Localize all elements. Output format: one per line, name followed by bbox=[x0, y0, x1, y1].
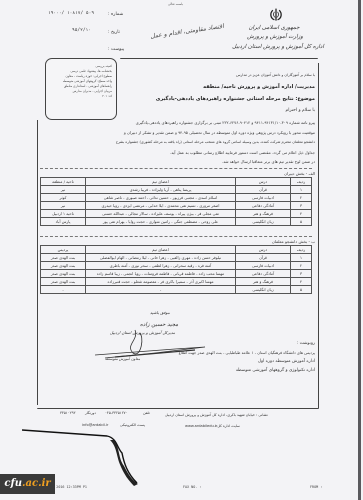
number-label: شماره : bbox=[108, 12, 123, 17]
table-b-title: ب - بخش دانشجو معلمان bbox=[272, 239, 315, 244]
cell: اسلام اسدی - مجتبی فرزپور - حسین ندائی -… bbox=[86, 194, 236, 202]
cell: قرآن bbox=[236, 254, 291, 262]
cell: بنت الهدی صدر bbox=[41, 278, 86, 286]
cell: نیر bbox=[41, 186, 86, 194]
email-label: پست الکترونیکی bbox=[120, 423, 145, 427]
cell: ۳ bbox=[291, 202, 312, 210]
table-row: ۴ فرهنگ و هنر مهسا اکبری آذر - سمیرا باک… bbox=[41, 278, 312, 286]
divider bbox=[40, 168, 312, 169]
date-label: تاریخ : bbox=[108, 30, 120, 35]
frame-border-left bbox=[37, 120, 38, 405]
cell: ۵ bbox=[291, 218, 312, 226]
cell: نیلوفر حسن زاده - مهری زالقیی - زهرا خان… bbox=[86, 254, 236, 262]
cell: ادبیات فارسی bbox=[236, 194, 291, 202]
cell: ۱ bbox=[291, 186, 312, 194]
cc-item: اداره آموزش متوسطه دوره اول bbox=[258, 359, 315, 364]
letter-recipient: مدیریت/ اداره آموزش و پرورش ناحیه/ منطقه bbox=[203, 84, 315, 90]
cell: ۴ bbox=[291, 210, 312, 218]
cc-item: پردیس های دانشگاه فرهنگیان استان - ۱ علا… bbox=[179, 350, 315, 355]
fax-from-label: FROM : bbox=[310, 485, 322, 489]
cell: بنت الهدی صدر bbox=[41, 262, 86, 270]
paragraph-line: در ضمن لوح تقدیر تیم های برتر متعاقبا ار… bbox=[222, 159, 315, 164]
col-header: ناحیه / منطقه bbox=[41, 178, 86, 186]
col-header: اعضای تیم bbox=[86, 178, 236, 186]
cell: نیر bbox=[41, 202, 86, 210]
scanned-letter: باسمه تعالی جمهوری اسلامی ایران وزارت آم… bbox=[0, 0, 363, 500]
cell: ۴ bbox=[291, 278, 312, 286]
cell: زبان انگلیسی bbox=[236, 218, 291, 226]
table-row: ۵ زبان انگلیسی علی روحی - مصطفی جنگی - ر… bbox=[41, 218, 312, 226]
paragraph-line: موقعیت محور با رویکرد درس پژوهی ویژه دور… bbox=[45, 130, 315, 135]
cell: ۱ bbox=[291, 254, 312, 262]
org-line-1: جمهوری اسلامی ایران bbox=[244, 25, 304, 31]
watermark-part2: .ac.ir bbox=[22, 478, 51, 489]
teachers-table: ردیف درس اعضای تیم ناحیه / منطقه ۱ قرآن … bbox=[40, 177, 312, 226]
col-header: ردیف bbox=[291, 178, 312, 186]
note-line: کمیته بررسی bbox=[46, 59, 116, 69]
cc-item: اداره تکنولوژی و گروههای آموزشی متوسطه bbox=[236, 368, 315, 373]
cell: علی روحی - مصطفی جنگی - رامین متواری - ح… bbox=[86, 218, 236, 226]
frame-border-top bbox=[120, 58, 318, 59]
table-header-row: ردیف درس اعضای تیم پردیس bbox=[41, 246, 312, 254]
address: نشانی : خیابان شهید باکری، اداره کل آموز… bbox=[165, 413, 268, 417]
cell: پریسا پناهی - آریا ولیزاده - فریبا رشدی bbox=[86, 186, 236, 194]
email-link[interactable]: info@ardabil.ir bbox=[82, 423, 108, 427]
cell: تقی مجلی فر - بیژن پیراه - یوسف علیزاده … bbox=[86, 210, 236, 218]
cell: ۵ bbox=[291, 286, 312, 294]
cell: بنت الهدی صدر bbox=[41, 270, 86, 278]
cell: اصغر مروری - تسیم تقی محمدی - ایلا خدابی… bbox=[86, 202, 236, 210]
fax-number-label: FAX NO. : bbox=[183, 485, 201, 489]
cell: فرهنگ و هنر bbox=[236, 278, 291, 286]
table-row: ۱ قرآن پریسا پناهی - آریا ولیزاده - فریب… bbox=[41, 186, 312, 194]
paragraph-line: دانشجو معلمان محترم شرکت کننده، بدین وسی… bbox=[45, 140, 315, 144]
closing: موفق باشید bbox=[150, 310, 170, 315]
iran-emblem-icon bbox=[268, 7, 284, 23]
table-row: ۲ ادبیات فارسی اسلام اسدی - مجتبی فرزپور… bbox=[41, 194, 312, 202]
col-header: ردیف bbox=[291, 246, 312, 254]
cell: آمنه فره - رقیه سحرانی - زهرا لطفی - سحر… bbox=[86, 262, 236, 270]
table-row: ۴ فرهنگ و هنر تقی مجلی فر - بیژن پیراه -… bbox=[41, 210, 312, 218]
cell: - bbox=[41, 286, 86, 294]
phone-label: تلفن bbox=[143, 411, 150, 415]
cc-label: رونوشت : bbox=[297, 341, 315, 346]
cell: ۳ bbox=[291, 270, 312, 278]
phone-value: ۰۴۵-۳۳۲۵۱۲۷۰ bbox=[105, 411, 128, 415]
fax-label: دورنگار bbox=[85, 411, 96, 415]
cell: قرآن bbox=[236, 186, 291, 194]
website-link[interactable]: www.ardabiledu.ir bbox=[185, 424, 217, 428]
student-teachers-table: ردیف درس اعضای تیم پردیس ۱ قرآن نیلوفر ح… bbox=[40, 245, 312, 294]
letter-greeting: با سلام و احترام bbox=[285, 108, 315, 113]
table-row: ۲ ادبیات فارسی آمنه فره - رقیه سحرانی - … bbox=[41, 262, 312, 270]
letter-intro: با سلام بر آموزگاران و دانش آموزان عزیز … bbox=[236, 73, 315, 77]
col-header: پردیس bbox=[41, 246, 86, 254]
cell: مهسا محب زاده - فاطمه قربانی - فاطمه فرو… bbox=[86, 270, 236, 278]
cell: پارس آباد bbox=[41, 218, 86, 226]
cell: فرهنگ و هنر bbox=[236, 210, 291, 218]
cell: ۲ bbox=[291, 194, 312, 202]
table-header-row: ردیف درس اعضای تیم ناحیه / منطقه bbox=[41, 178, 312, 186]
cell: زبان انگلیسی bbox=[236, 286, 291, 294]
org-line-3: اداره کل آموزش و پرورش استان اردبیل bbox=[228, 44, 328, 50]
table-row: ۱ قرآن نیلوفر حسن زاده - مهری زالقیی - ز… bbox=[41, 254, 312, 262]
date-value: ۹۵/۲/۱۰ bbox=[72, 28, 91, 33]
table-row: ۳ آمادگی دفاعی اصغر مروری - تسیم تقی محم… bbox=[41, 202, 312, 210]
routing-note-box: کمیته بررسی بخشنامه ها، پیشنهاد علمی درس… bbox=[45, 58, 117, 120]
col-header: درس bbox=[236, 246, 291, 254]
cell: - bbox=[86, 286, 236, 294]
cell: آمادگی دفاعی bbox=[236, 270, 291, 278]
signer-unit: معاون آموزش متوسطه bbox=[105, 357, 140, 361]
cell: ناحیه ۱ اردبیل bbox=[41, 210, 86, 218]
basmala: باسمه تعالی bbox=[168, 2, 183, 6]
fax-value: ۳۳۵۱۰۲۹۳ bbox=[60, 411, 75, 415]
cell: ۲ bbox=[291, 262, 312, 270]
cell: بنت الهدی صدر bbox=[41, 254, 86, 262]
cell: ادبیات فارسی bbox=[236, 262, 291, 270]
note-line: کد: ۲۰۱ bbox=[46, 94, 116, 99]
col-header: درس bbox=[236, 178, 291, 186]
website-label: سایت اداره کل : bbox=[215, 424, 240, 428]
watermark-part1: cfu bbox=[4, 478, 22, 489]
scan-edge-shadow bbox=[358, 0, 361, 500]
table-row: ۵ زبان انگلیسی - - bbox=[41, 286, 312, 294]
site-watermark: cfu.ac.ir bbox=[0, 474, 55, 494]
table-a-title: الف - بخش دبیران bbox=[284, 171, 315, 176]
frame-border-bottom bbox=[37, 408, 319, 409]
divider bbox=[40, 236, 312, 237]
cell: آمادگی دفاعی bbox=[236, 202, 291, 210]
paragraph-line: جداول ذیل اعلام می گردد. مقتضی است دستور… bbox=[170, 150, 315, 155]
org-line-2: وزارت آموزش و پرورش bbox=[240, 34, 310, 40]
letter-subject: موضوع: نتایج مرحله استانی جشنواره راهبرد… bbox=[156, 96, 315, 102]
col-header: اعضای تیم bbox=[86, 246, 236, 254]
paragraph-line: پیرو نامه شماره ۳۰۹-۹۴۱۳۱/۱۰-۹۴۱۱ و ۹۰۴۱… bbox=[45, 120, 315, 125]
number-value: ۱۹۰۰۰/ ۱۰۸۱۷/ ۵۰۹ bbox=[48, 11, 94, 16]
frame-border-right bbox=[318, 63, 319, 408]
slogan-stamp: اقتصاد مقاومتی، اقدام و عمل bbox=[150, 23, 224, 40]
cell: مهسا اکبری آذر - سمیرا باکری فر - معصومه… bbox=[86, 278, 236, 286]
cell: کوثر bbox=[41, 194, 86, 202]
attachment-label: پیوست : bbox=[108, 47, 124, 52]
table-row: ۳ آمادگی دفاعی مهسا محب زاده - فاطمه قرب… bbox=[41, 270, 312, 278]
